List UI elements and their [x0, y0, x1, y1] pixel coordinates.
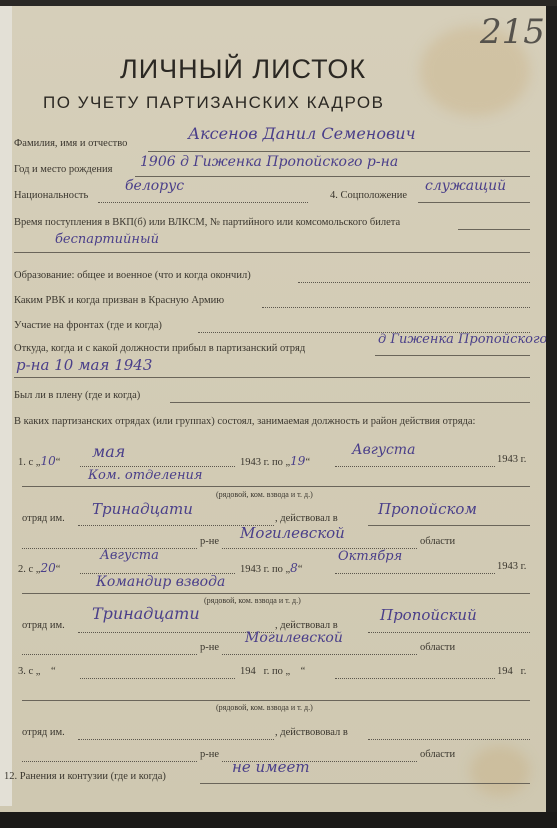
position-hint: (рядовой, ком. взвода и т. д.) [204, 596, 301, 605]
line [22, 700, 530, 701]
unit2-district-label: р-не [200, 642, 219, 653]
line [22, 486, 530, 487]
label-full-name: Фамилия, имя и отчество [14, 138, 127, 149]
line [222, 654, 417, 655]
unit1-to-year: 1943 г. [497, 454, 526, 465]
label-social: 4. Соцположение [330, 190, 407, 201]
label-fronts: Участие на фронтах (где и когда) [14, 320, 162, 331]
unit1-acted-in: Пропойском [378, 500, 477, 518]
line [14, 252, 530, 253]
line [135, 176, 530, 177]
value-social: служащий [425, 178, 506, 194]
position-hint: (рядовой, ком. взвода и т. д.) [216, 703, 313, 712]
line [458, 229, 530, 230]
unit1-detachment: Тринадцати [92, 500, 193, 518]
line [368, 525, 530, 526]
unit1-position: Ком. отделения [88, 468, 203, 483]
line [170, 402, 530, 403]
line [80, 678, 235, 679]
unit3-detachment-label: отряд им. [22, 727, 65, 738]
unit2-detachment: Тринадцати [92, 604, 200, 623]
label-wounds: 12. Ранения и контузии (где и когда) [4, 771, 166, 782]
document-title: ЛИЧНЫЙ ЛИСТОК [120, 54, 366, 85]
line [14, 377, 530, 378]
unit2-num: 2. с „20“ [18, 561, 60, 575]
unit2-detachment-label: отряд им. [22, 620, 65, 631]
line [200, 783, 530, 784]
paper-stain [470, 746, 530, 796]
value-wounds: не имеет [232, 758, 310, 776]
value-birth: 1906 д Гиженка Пропойского р-на [140, 154, 398, 170]
scan-bottom-border [0, 812, 557, 828]
line [298, 282, 530, 283]
unit3-district-label: р-не [200, 749, 219, 760]
label-birth: Год и место рождения [14, 164, 112, 175]
unit1-region-label: области [420, 536, 455, 547]
page-left-edge [0, 6, 12, 806]
unit3-region-label: области [420, 749, 455, 760]
line [22, 654, 197, 655]
unit3-to-year: 194 г. [497, 666, 526, 677]
value-nationality: белорус [125, 178, 184, 194]
line [335, 678, 495, 679]
unit2-position: Командир взвода [96, 574, 225, 590]
line [80, 466, 235, 467]
unit2-from-year: 1943 г. по „8“ [240, 561, 302, 575]
units-header: В каких партизанских отрядах (или группа… [14, 413, 534, 430]
document-subtitle: ПО УЧЕТУ ПАРТИЗАНСКИХ КАДРОВ [43, 93, 384, 113]
unit1-detachment-label: отряд им. [22, 513, 65, 524]
unit2-to-year: 1943 г. [497, 561, 526, 572]
unit2-from-month: Августа [100, 548, 159, 563]
line [98, 202, 308, 203]
label-conscription: Каким РВК и когда призван в Красную Арми… [14, 295, 224, 306]
line [368, 739, 530, 740]
label-arrival: Откуда, когда и с какой должности прибыл… [14, 343, 305, 354]
value-arrival-1: д Гиженка Пропойского [378, 332, 546, 347]
line [78, 739, 274, 740]
label-captivity: Был ли в плену (где и когда) [14, 390, 140, 401]
document-page: 215 ЛИЧНЫЙ ЛИСТОК ПО УЧЕТУ ПАРТИЗАНСКИХ … [0, 6, 546, 812]
line [335, 466, 495, 467]
line [148, 151, 530, 152]
unit1-acted-label: , действовал в [275, 513, 338, 524]
label-nationality: Национальность [14, 190, 88, 201]
position-hint: (рядовой, ком. взвода и т. д.) [216, 490, 313, 499]
unit1-region: Могилевской [240, 524, 345, 542]
label-education: Образование: общее и военное (что и когд… [14, 270, 251, 281]
unit1-num: 1. с „10“ [18, 454, 60, 468]
value-party: беспартийный [55, 232, 159, 247]
unit3-from-year: 194 г. по „ “ [240, 666, 305, 677]
line [368, 632, 530, 633]
value-arrival-2: р-на 10 мая 1943 [16, 356, 152, 374]
value-full-name: Аксенов Данил Семенович [188, 124, 416, 143]
unit1-to-month: Августа [352, 442, 415, 458]
unit1-from-month: мая [92, 442, 125, 461]
unit3-acted-label: , действововал в [275, 727, 348, 738]
line [418, 202, 530, 203]
unit2-acted-in: Пропойский [380, 606, 477, 624]
line [375, 355, 530, 356]
line [22, 593, 530, 594]
line [335, 573, 495, 574]
line [22, 761, 197, 762]
label-party: Время поступления в ВКП(б) или ВЛКСМ, № … [14, 217, 400, 228]
unit2-region-label: области [420, 642, 455, 653]
page-number: 215 [480, 12, 545, 52]
unit2-region: Могилевской [245, 630, 343, 646]
line [262, 307, 530, 308]
unit3-num: 3. с „ “ [18, 666, 56, 677]
unit1-district-label: р-не [200, 536, 219, 547]
unit2-to-month: Октября [338, 549, 402, 564]
unit1-from-year: 1943 г. по „19“ [240, 454, 310, 468]
